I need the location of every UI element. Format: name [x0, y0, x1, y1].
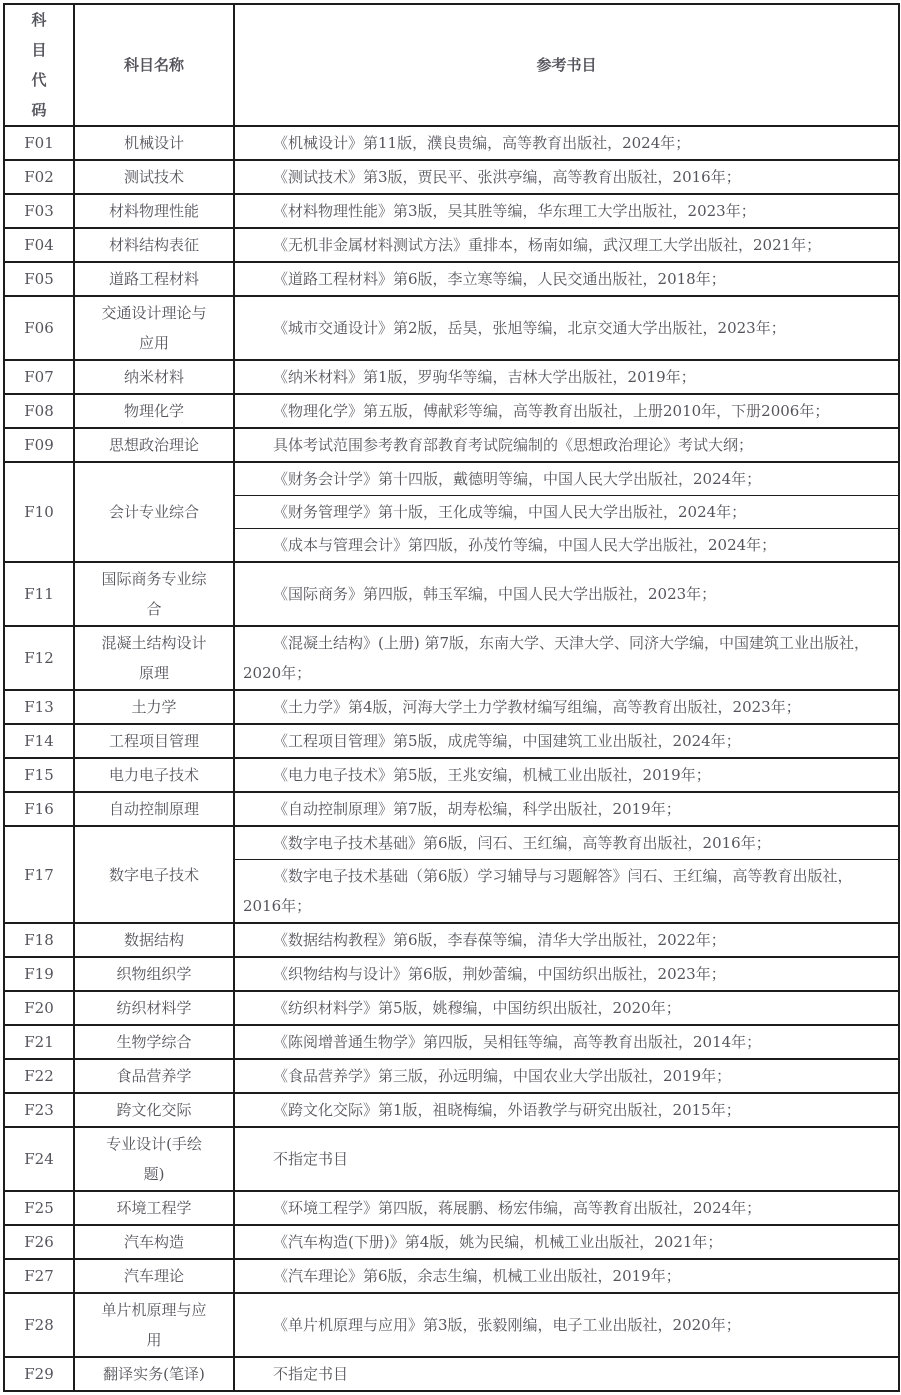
- reference-books-cell: 《食品营养学》第三版，孙远明编，中国农业大学出版社，2019年；: [234, 1059, 899, 1093]
- subject-name: 机械设计: [74, 126, 234, 160]
- reference-book-entry: 不指定书目: [235, 1358, 898, 1390]
- table-row: F21生物学综合《陈阅增普通生物学》第四版，吴相钰等编，高等教育出版社，2014…: [4, 1025, 899, 1059]
- table-row: F10会计专业综合《财务会计学》第十四版，戴德明等编，中国人民大学出版社，202…: [4, 462, 899, 562]
- reference-book-entry: 具体考试范围参考教育部教育考试院编制的《思想政治理论》考试大纲；: [235, 429, 898, 461]
- reference-book-entry: 《数据结构教程》第6版，李春葆等编，清华大学出版社，2022年；: [235, 924, 898, 956]
- table-row: F07纳米材料《纳米材料》第1版，罗驹华等编，吉林大学出版社，2019年；: [4, 360, 899, 394]
- reference-book-entry: 《财务管理学》第十版，王化成等编，中国人民大学出版社，2024年；: [235, 495, 898, 528]
- reference-book-entry: 《财务会计学》第十四版，戴德明等编，中国人民大学出版社，2024年；: [235, 463, 898, 495]
- subject-code: F27: [4, 1259, 74, 1293]
- table-row: F11国际商务专业综合《国际商务》第四版，韩玉军编，中国人民大学出版社，2023…: [4, 562, 899, 626]
- reference-book-entry: 《环境工程学》第四版，蒋展鹏、杨宏伟编，高等教育出版社，2024年；: [235, 1192, 898, 1224]
- reference-book-entry: 《汽车理论》第6版，余志生编，机械工业出版社，2019年；: [235, 1260, 898, 1292]
- reference-books-cell: 《无机非金属材料测试方法》重排本，杨南如编，武汉理工大学出版社，2021年；: [234, 228, 899, 262]
- subject-code: F08: [4, 394, 74, 428]
- header-subject-name: 科目名称: [74, 4, 234, 126]
- reference-book-entry: 《织物结构与设计》第6版，荆妙蕾编，中国纺织出版社，2023年；: [235, 958, 898, 990]
- subject-name: 翻译实务(笔译): [74, 1357, 234, 1391]
- reference-book-entry: 《土力学》第4版，河海大学土力学教材编写组编，高等教育出版社，2023年；: [235, 691, 898, 723]
- reference-book-entry: 《国际商务》第四版，韩玉军编，中国人民大学出版社，2023年；: [235, 578, 898, 610]
- table-row: F02测试技术《测试技术》第3版，贾民平、张洪亭编，高等教育出版社，2016年；: [4, 160, 899, 194]
- subject-code: F22: [4, 1059, 74, 1093]
- subject-name: 单片机原理与应用: [74, 1293, 234, 1357]
- table-row: F06交通设计理论与应用《城市交通设计》第2版，岳昊，张旭等编，北京交通大学出版…: [4, 296, 899, 360]
- subject-name: 数据结构: [74, 923, 234, 957]
- header-reference-books: 参考书目: [234, 4, 899, 126]
- table-row: F29翻译实务(笔译)不指定书目: [4, 1357, 899, 1391]
- header-subject-code: 科 目 代 码: [4, 4, 74, 126]
- document-page: 科 目 代 码 科目名称 参考书目 F01机械设计《机械设计》第11版，濮良贵编…: [0, 0, 901, 1395]
- subject-code: F07: [4, 360, 74, 394]
- reference-books-cell: 《跨文化交际》第1版，祖晓梅编，外语教学与研究出版社，2015年；: [234, 1093, 899, 1127]
- subject-code: F26: [4, 1225, 74, 1259]
- subject-code: F21: [4, 1025, 74, 1059]
- header-code-char: 科: [5, 5, 73, 35]
- table-row: F12混凝土结构设计原理《混凝土结构》(上册) 第7版，东南大学、天津大学、同济…: [4, 626, 899, 690]
- reference-books-cell: 《环境工程学》第四版，蒋展鹏、杨宏伟编，高等教育出版社，2024年；: [234, 1191, 899, 1225]
- subject-name: 数字电子技术: [74, 826, 234, 923]
- subject-name: 材料物理性能: [74, 194, 234, 228]
- subject-name: 纳米材料: [74, 360, 234, 394]
- table-row: F08物理化学《物理化学》第五版，傅献彩等编，高等教育出版社，上册2010年，下…: [4, 394, 899, 428]
- subject-code: F23: [4, 1093, 74, 1127]
- subject-code: F12: [4, 626, 74, 690]
- header-code-char: 码: [5, 95, 73, 125]
- subject-name: 交通设计理论与应用: [74, 296, 234, 360]
- table-row: F05道路工程材料《道路工程材料》第6版，李立寒等编，人民交通出版社，2018年…: [4, 262, 899, 296]
- reference-books-cell: 《城市交通设计》第2版，岳昊，张旭等编，北京交通大学出版社，2023年；: [234, 296, 899, 360]
- table-row: F17数字电子技术《数字电子技术基础》第6版，闫石、王红编，高等教育出版社，20…: [4, 826, 899, 923]
- reference-books-cell: 《汽车构造(下册)》第4版，姚为民编，机械工业出版社，2021年；: [234, 1225, 899, 1259]
- subject-name: 生物学综合: [74, 1025, 234, 1059]
- reference-book-entry: 《成本与管理会计》第四版，孙茂竹等编，中国人民大学出版社，2024年；: [235, 528, 898, 561]
- subject-code: F24: [4, 1127, 74, 1191]
- subject-name: 织物组织学: [74, 957, 234, 991]
- header-code-char: 目: [5, 35, 73, 65]
- table-row: F24专业设计(手绘题)不指定书目: [4, 1127, 899, 1191]
- reference-books-cell: 《道路工程材料》第6版，李立寒等编，人民交通出版社，2018年；: [234, 262, 899, 296]
- reference-books-cell: 《电力电子技术》第5版，王兆安编，机械工业出版社，2019年；: [234, 758, 899, 792]
- subject-code: F13: [4, 690, 74, 724]
- subject-name: 混凝土结构设计原理: [74, 626, 234, 690]
- reference-books-cell: 《机械设计》第11版，濮良贵编，高等教育出版社，2024年；: [234, 126, 899, 160]
- table-row: F23跨文化交际《跨文化交际》第1版，祖晓梅编，外语教学与研究出版社，2015年…: [4, 1093, 899, 1127]
- subject-code: F09: [4, 428, 74, 462]
- subject-code: F25: [4, 1191, 74, 1225]
- table-row: F03材料物理性能《材料物理性能》第3版，吴其胜等编，华东理工大学出版社，202…: [4, 194, 899, 228]
- subject-name: 食品营养学: [74, 1059, 234, 1093]
- reference-books-cell: 《工程项目管理》第5版，成虎等编，中国建筑工业出版社，2024年；: [234, 724, 899, 758]
- reference-books-cell: 《数据结构教程》第6版，李春葆等编，清华大学出版社，2022年；: [234, 923, 899, 957]
- subject-reference-table: 科 目 代 码 科目名称 参考书目 F01机械设计《机械设计》第11版，濮良贵编…: [3, 3, 900, 1392]
- subject-name: 道路工程材料: [74, 262, 234, 296]
- subject-code: F15: [4, 758, 74, 792]
- subject-code: F03: [4, 194, 74, 228]
- reference-book-entry: 《道路工程材料》第6版，李立寒等编，人民交通出版社，2018年；: [235, 263, 898, 295]
- table-row: F04材料结构表征《无机非金属材料测试方法》重排本，杨南如编，武汉理工大学出版社…: [4, 228, 899, 262]
- subject-name: 汽车构造: [74, 1225, 234, 1259]
- subject-code: F10: [4, 462, 74, 562]
- subject-code: F19: [4, 957, 74, 991]
- reference-books-cell: 《材料物理性能》第3版，吴其胜等编，华东理工大学出版社，2023年；: [234, 194, 899, 228]
- table-row: F01机械设计《机械设计》第11版，濮良贵编，高等教育出版社，2024年；: [4, 126, 899, 160]
- reference-books-cell: 《自动控制原理》第7版，胡寿松编，科学出版社，2019年；: [234, 792, 899, 826]
- table-row: F15电力电子技术《电力电子技术》第5版，王兆安编，机械工业出版社，2019年；: [4, 758, 899, 792]
- reference-books-cell: 《国际商务》第四版，韩玉军编，中国人民大学出版社，2023年；: [234, 562, 899, 626]
- table-row: F18数据结构《数据结构教程》第6版，李春葆等编，清华大学出版社，2022年；: [4, 923, 899, 957]
- reference-book-entry: 《纺织材料学》第5版，姚穆编，中国纺织出版社，2020年；: [235, 992, 898, 1024]
- subject-name: 自动控制原理: [74, 792, 234, 826]
- reference-book-entry: 《自动控制原理》第7版，胡寿松编，科学出版社，2019年；: [235, 793, 898, 825]
- table-row: F13土力学《土力学》第4版，河海大学土力学教材编写组编，高等教育出版社，202…: [4, 690, 899, 724]
- header-row: 科 目 代 码 科目名称 参考书目: [4, 4, 899, 126]
- reference-books-cell: 《织物结构与设计》第6版，荆妙蕾编，中国纺织出版社，2023年；: [234, 957, 899, 991]
- reference-book-entry: 《食品营养学》第三版，孙远明编，中国农业大学出版社，2019年；: [235, 1060, 898, 1092]
- reference-books-cell: 具体考试范围参考教育部教育考试院编制的《思想政治理论》考试大纲；: [234, 428, 899, 462]
- reference-books-cell: 《数字电子技术基础》第6版，闫石、王红编，高等教育出版社，2016年；《数字电子…: [234, 826, 899, 923]
- subject-code: F11: [4, 562, 74, 626]
- reference-books-cell: 《汽车理论》第6版，余志生编，机械工业出版社，2019年；: [234, 1259, 899, 1293]
- reference-book-entry: 《测试技术》第3版，贾民平、张洪亭编，高等教育出版社，2016年；: [235, 161, 898, 193]
- subject-code: F01: [4, 126, 74, 160]
- reference-book-entry: 《混凝土结构》(上册) 第7版，东南大学、天津大学、同济大学编，中国建筑工业出版…: [235, 627, 898, 689]
- table-body: F01机械设计《机械设计》第11版，濮良贵编，高等教育出版社，2024年；F02…: [4, 126, 899, 1391]
- reference-book-entry: 《纳米材料》第1版，罗驹华等编，吉林大学出版社，2019年；: [235, 361, 898, 393]
- subject-code: F06: [4, 296, 74, 360]
- table-row: F19织物组织学《织物结构与设计》第6版，荆妙蕾编，中国纺织出版社，2023年；: [4, 957, 899, 991]
- subject-name: 环境工程学: [74, 1191, 234, 1225]
- subject-name: 工程项目管理: [74, 724, 234, 758]
- reference-book-entry: 《物理化学》第五版，傅献彩等编，高等教育出版社，上册2010年，下册2006年；: [235, 395, 898, 427]
- subject-name: 土力学: [74, 690, 234, 724]
- header-code-char: 代: [5, 65, 73, 95]
- table-row: F09思想政治理论具体考试范围参考教育部教育考试院编制的《思想政治理论》考试大纲…: [4, 428, 899, 462]
- subject-code: F02: [4, 160, 74, 194]
- subject-code: F29: [4, 1357, 74, 1391]
- table-row: F25环境工程学《环境工程学》第四版，蒋展鹏、杨宏伟编，高等教育出版社，2024…: [4, 1191, 899, 1225]
- reference-book-entry: 《电力电子技术》第5版，王兆安编，机械工业出版社，2019年；: [235, 759, 898, 791]
- table-row: F22食品营养学《食品营养学》第三版，孙远明编，中国农业大学出版社，2019年；: [4, 1059, 899, 1093]
- subject-name: 会计专业综合: [74, 462, 234, 562]
- subject-code: F04: [4, 228, 74, 262]
- subject-name: 国际商务专业综合: [74, 562, 234, 626]
- table-row: F27汽车理论《汽车理论》第6版，余志生编，机械工业出版社，2019年；: [4, 1259, 899, 1293]
- reference-book-entry: 《数字电子技术基础》第6版，闫石、王红编，高等教育出版社，2016年；: [235, 827, 898, 859]
- subject-name: 思想政治理论: [74, 428, 234, 462]
- subject-name: 材料结构表征: [74, 228, 234, 262]
- reference-book-entry: 《跨文化交际》第1版，祖晓梅编，外语教学与研究出版社，2015年；: [235, 1094, 898, 1126]
- reference-books-cell: 不指定书目: [234, 1127, 899, 1191]
- reference-books-cell: 《测试技术》第3版，贾民平、张洪亭编，高等教育出版社，2016年；: [234, 160, 899, 194]
- reference-books-cell: 《单片机原理与应用》第3版，张毅刚编，电子工业出版社，2020年；: [234, 1293, 899, 1357]
- reference-book-entry: 《单片机原理与应用》第3版，张毅刚编，电子工业出版社，2020年；: [235, 1309, 898, 1341]
- subject-name: 纺织材料学: [74, 991, 234, 1025]
- subject-code: F17: [4, 826, 74, 923]
- subject-code: F14: [4, 724, 74, 758]
- subject-name: 专业设计(手绘题): [74, 1127, 234, 1191]
- subject-name: 测试技术: [74, 160, 234, 194]
- reference-book-entry: 《工程项目管理》第5版，成虎等编，中国建筑工业出版社，2024年；: [235, 725, 898, 757]
- reference-books-cell: 《纳米材料》第1版，罗驹华等编，吉林大学出版社，2019年；: [234, 360, 899, 394]
- reference-books-cell: 《混凝土结构》(上册) 第7版，东南大学、天津大学、同济大学编，中国建筑工业出版…: [234, 626, 899, 690]
- table-row: F28单片机原理与应用《单片机原理与应用》第3版，张毅刚编，电子工业出版社，20…: [4, 1293, 899, 1357]
- table-row: F20纺织材料学《纺织材料学》第5版，姚穆编，中国纺织出版社，2020年；: [4, 991, 899, 1025]
- reference-book-entry: 《数字电子技术基础（第6版）学习辅导与习题解答》闫石、王红编，高等教育出版社，2…: [235, 859, 898, 922]
- reference-books-cell: 《土力学》第4版，河海大学土力学教材编写组编，高等教育出版社，2023年；: [234, 690, 899, 724]
- table-row: F16自动控制原理《自动控制原理》第7版，胡寿松编，科学出版社，2019年；: [4, 792, 899, 826]
- reference-books-cell: 《物理化学》第五版，傅献彩等编，高等教育出版社，上册2010年，下册2006年；: [234, 394, 899, 428]
- reference-book-entry: 《无机非金属材料测试方法》重排本，杨南如编，武汉理工大学出版社，2021年；: [235, 229, 898, 261]
- reference-books-cell: 《纺织材料学》第5版，姚穆编，中国纺织出版社，2020年；: [234, 991, 899, 1025]
- subject-code: F28: [4, 1293, 74, 1357]
- reference-books-cell: 《财务会计学》第十四版，戴德明等编，中国人民大学出版社，2024年；《财务管理学…: [234, 462, 899, 562]
- table-row: F26汽车构造《汽车构造(下册)》第4版，姚为民编，机械工业出版社，2021年；: [4, 1225, 899, 1259]
- subject-code: F16: [4, 792, 74, 826]
- reference-book-entry: 《汽车构造(下册)》第4版，姚为民编，机械工业出版社，2021年；: [235, 1226, 898, 1258]
- reference-book-entry: 《机械设计》第11版，濮良贵编，高等教育出版社，2024年；: [235, 127, 898, 159]
- reference-book-entry: 不指定书目: [235, 1143, 898, 1175]
- reference-book-entry: 《城市交通设计》第2版，岳昊，张旭等编，北京交通大学出版社，2023年；: [235, 312, 898, 344]
- subject-code: F05: [4, 262, 74, 296]
- subject-code: F18: [4, 923, 74, 957]
- reference-books-cell: 《陈阅增普通生物学》第四版，吴相钰等编，高等教育出版社，2014年；: [234, 1025, 899, 1059]
- subject-name: 物理化学: [74, 394, 234, 428]
- subject-name: 电力电子技术: [74, 758, 234, 792]
- reference-books-cell: 不指定书目: [234, 1357, 899, 1391]
- table-row: F14工程项目管理《工程项目管理》第5版，成虎等编，中国建筑工业出版社，2024…: [4, 724, 899, 758]
- reference-book-entry: 《陈阅增普通生物学》第四版，吴相钰等编，高等教育出版社，2014年；: [235, 1026, 898, 1058]
- reference-book-entry: 《材料物理性能》第3版，吴其胜等编，华东理工大学出版社，2023年；: [235, 195, 898, 227]
- subject-code: F20: [4, 991, 74, 1025]
- subject-name: 汽车理论: [74, 1259, 234, 1293]
- subject-name: 跨文化交际: [74, 1093, 234, 1127]
